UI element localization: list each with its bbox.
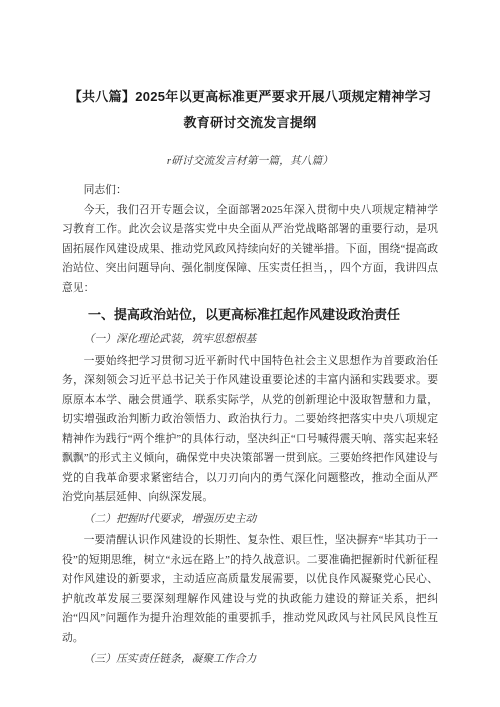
document-title: 【共八篇】2025年以更高标准更严要求开展八项规定精神学习 教育研讨交流发言提纲 (62, 84, 438, 136)
subsection-2-body: 一要清醒认识作风建设的长期性、复杂性、艰巨性，坚决摒弃“毕其功于一役”的短期思维… (62, 531, 438, 648)
document-title-line1: 【共八篇】2025年以更高标准更严要求开展八项规定精神学习 (69, 89, 432, 104)
section-heading: 一、提高政治站位，以更高标准扛起作风建设政治责任 (62, 304, 438, 325)
subsection-2: （二）把握时代要求，增强历史主动 一要清醒认识作风建设的长期性、复杂性、艰巨性，… (62, 510, 438, 649)
subsection-3: （三）压实责任链条，凝聚工作合力 (62, 650, 438, 670)
subsection-1-body: 一要始终把学习贯彻习近平新时代中国特色社会主义思想作为首要政治任务，深刻领会习近… (62, 352, 438, 508)
subsection-2-heading: （二）把握时代要求，增强历史主动 (62, 510, 438, 530)
salutation: 同志们： (62, 181, 438, 201)
document-title-line2: 教育研讨交流发言提纲 (183, 115, 316, 130)
document-subtitle: r研讨交流发言材第一篇，其八篇） (62, 153, 438, 169)
subsection-1-heading: （一）深化理论武装，筑牢思想根基 (62, 330, 438, 350)
intro-paragraph: 今天，我们召开专题会议，全面部署2025年深入贯彻中央八项规定精神学习教育工作。… (62, 201, 438, 299)
document-page: 【共八篇】2025年以更高标准更严要求开展八项规定精神学习 教育研讨交流发言提纲… (0, 0, 500, 707)
subsection-1: （一）深化理论武装，筑牢思想根基 一要始终把学习贯彻习近平新时代中国特色社会主义… (62, 330, 438, 508)
subsection-3-heading: （三）压实责任链条，凝聚工作合力 (62, 650, 438, 670)
